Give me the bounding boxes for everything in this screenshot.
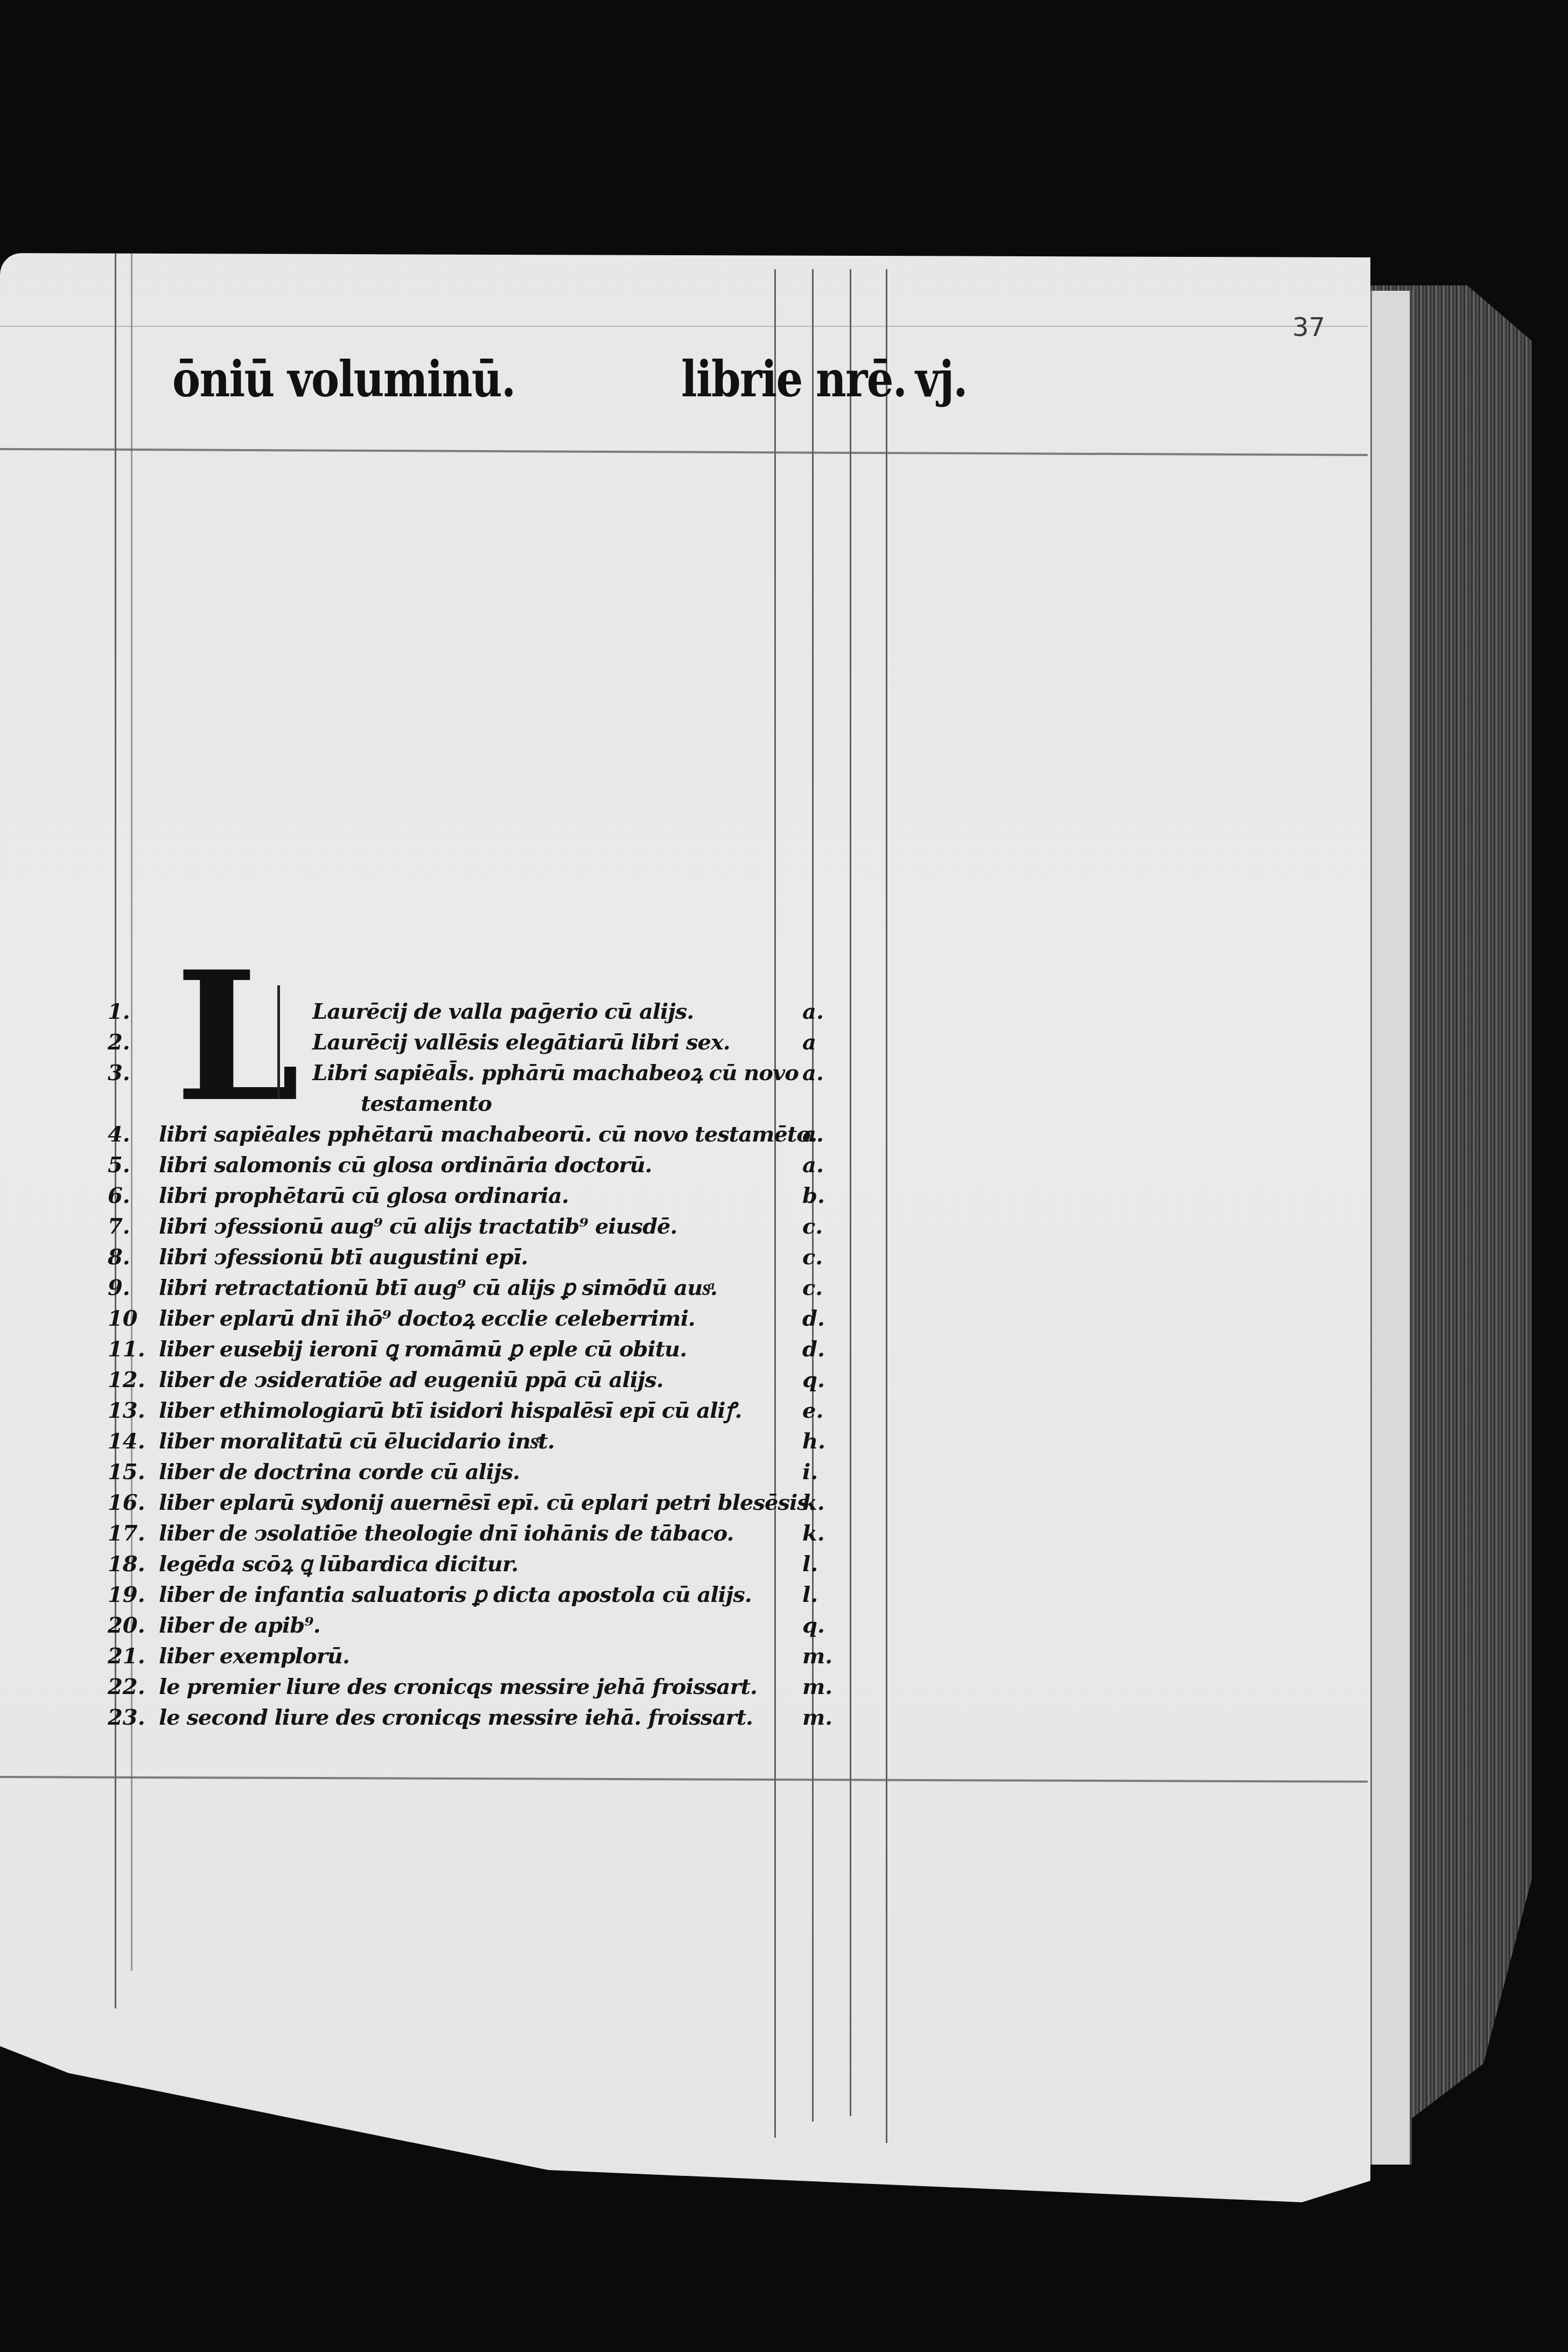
shelf-mark: k. [802,1487,835,1518]
ruling-line-column-4 [886,269,887,2143]
entry-number: 19. [108,1579,156,1610]
entry-title: Laurēcij vallēsis elegātiarū libri sex. [312,1027,730,1058]
shelf-mark: q. [802,1364,835,1395]
entry-number: 13. [108,1395,156,1426]
page-edge-leaf [1370,291,1412,2165]
entry-title: legēda scōꝝ ꝗ lūbardica dicitur. [159,1549,518,1579]
entry-title: testamento [361,1088,492,1119]
list-item: 4.libri sapiēales pphētarū machabeorū. c… [108,1119,840,1150]
list-item: 7.libri ↄfessionū aug⁹ cū alijs tractati… [108,1211,840,1242]
entry-number: 21. [108,1641,156,1671]
list-item: 22.le premier liure des cronicqs messire… [108,1671,840,1702]
shelf-mark: c. [802,1272,835,1303]
entry-number: 1. [108,996,156,1027]
shelf-mark: c. [802,1211,835,1242]
shelf-mark: d. [802,1334,835,1364]
entry-title: libri ↄfessionū aug⁹ cū alijs tractatib⁹… [159,1211,677,1242]
list-item: 10liber eplarū dnī ihō⁹ doctoꝝ ecclie ce… [108,1303,840,1334]
shelf-mark: e. [802,1395,835,1426]
list-item: 16.liber eplarū sydonij auernēsī epī. cū… [108,1487,840,1518]
entry-title: libri salomonis cū glosa ordināria docto… [159,1150,652,1180]
list-item: 3.Libri sapiēal̄s. pphārū machabeoꝝ cū n… [108,1058,840,1088]
list-item: 13.liber ethimologiarū btī isidori hispa… [108,1395,840,1426]
entry-title: le second liure des cronicqs messire ieh… [159,1702,753,1733]
list-item: 18.legēda scōꝝ ꝗ lūbardica dicitur.l. [108,1549,840,1579]
entry-number: 12. [108,1364,156,1395]
shelf-mark: a. [802,996,835,1027]
entry-title: liber ethimologiarū btī isidori hispalēs… [159,1395,741,1426]
entry-title: liber de ↄsolatiōe theologie dnī iohānis… [159,1518,733,1549]
entry-title: liber de infantia saluatoris ꝑ dicta apo… [159,1579,752,1610]
list-item: 23.le second liure des cronicqs messire … [108,1702,840,1733]
shelf-mark: a. [802,1058,835,1088]
shelf-mark: b. [802,1180,835,1211]
list-item: 20.liber de apib⁹.q. [108,1610,840,1641]
ruling-line-top [0,326,1368,327]
entry-title: liber de apib⁹. [159,1610,320,1641]
entry-number: 20. [108,1610,156,1641]
list-item: 9.libri retractationū btī aug⁹ cū alijs … [108,1272,840,1303]
entry-number: 11. [108,1334,156,1364]
entry-title: liber eplarū sydonij auernēsī epī. cū ep… [159,1487,816,1518]
shelf-mark: m. [802,1702,835,1733]
entry-number: 17. [108,1518,156,1549]
heading-right: vj. [915,350,967,408]
entry-title: le premier liure des cronicqs messire je… [159,1671,757,1702]
entry-number: 9. [108,1272,156,1303]
shelf-mark: a. [802,1150,835,1180]
shelf-mark: k. [802,1518,835,1549]
entry-number: 23. [108,1702,156,1733]
shelf-mark: a. [802,1119,835,1150]
entry-title: liber eplarū dnī ihō⁹ doctoꝝ ecclie cele… [159,1303,695,1334]
entry-number: 5. [108,1150,156,1180]
heading-left: ōniū voluminū. [172,350,515,408]
shelf-mark: a [802,1027,835,1058]
entry-number: 6. [108,1180,156,1211]
list-item-continuation: testamento [108,1088,840,1119]
entry-title: liber exemplorū. [159,1641,349,1671]
shelf-mark: l. [802,1579,835,1610]
entry-title: libri retractationū btī aug⁹ cū alijs ꝑ … [159,1272,717,1303]
entry-title: libri prophētarū cū glosa ordinaria. [159,1180,569,1211]
list-item: 15.liber de doctrina corde cū alijs.i. [108,1457,840,1487]
list-item: 11.liber eusebij ieronī ꝗ romāmū ꝑ eple … [108,1334,840,1364]
shelf-mark: i. [802,1457,835,1487]
list-item: 2.Laurēcij vallēsis elegātiarū libri sex… [108,1027,840,1058]
shelf-mark: l. [802,1549,835,1579]
entry-number: 14. [108,1426,156,1457]
heading-center: librie nrē. [681,350,906,408]
entry-title: liber de doctrina corde cū alijs. [159,1457,520,1487]
list-item: 14.liber moralitatū cū ēlucidario insͤt.… [108,1426,840,1457]
shelf-mark: q. [802,1610,835,1641]
shelf-mark: h. [802,1426,835,1457]
entry-number: 10 [108,1303,156,1334]
entry-number: 3. [108,1058,156,1088]
list-item: 19.liber de infantia saluatoris ꝑ dicta … [108,1579,840,1610]
entry-title: liber moralitatū cū ēlucidario insͤt. [159,1426,555,1457]
folio-number: 37 [1292,312,1325,342]
entry-title: liber de ↄsideratiōe ad eugeniū ppā cū a… [159,1364,663,1395]
entry-number: 15. [108,1457,156,1487]
list-item: 8.libri ↄfessionū btī augustini epī.c. [108,1242,840,1272]
entry-title: libri sapiēales pphētarū machabeorū. cū … [159,1119,817,1150]
entry-title: libri ↄfessionū btī augustini epī. [159,1242,528,1272]
entry-title: liber eusebij ieronī ꝗ romāmū ꝑ eple cū … [159,1334,687,1364]
entry-title: Libri sapiēal̄s. pphārū machabeoꝝ cū nov… [312,1058,799,1088]
entry-number: 16. [108,1487,156,1518]
list-item: 12.liber de ↄsideratiōe ad eugeniū ppā c… [108,1364,840,1395]
entry-number: 2. [108,1027,156,1058]
shelf-mark: d. [802,1303,835,1334]
entry-number: 7. [108,1211,156,1242]
ruling-line-column-3 [850,269,851,2116]
shelf-mark: m. [802,1671,835,1702]
entry-number: 22. [108,1671,156,1702]
shelf-mark: m. [802,1641,835,1671]
book-list: 1.Laurēcij de valla paḡerio cū alijs.a. … [108,996,840,1733]
list-item: 5.libri salomonis cū glosa ordināria doc… [108,1150,840,1180]
list-item: 1.Laurēcij de valla paḡerio cū alijs.a. [108,996,840,1027]
shelf-mark: c. [802,1242,835,1272]
entry-number: 8. [108,1242,156,1272]
list-item: 17.liber de ↄsolatiōe theologie dnī iohā… [108,1518,840,1549]
list-item: 21.liber exemplorū.m. [108,1641,840,1671]
entry-number: 18. [108,1549,156,1579]
entry-number: 4. [108,1119,156,1150]
list-item: 6.libri prophētarū cū glosa ordinaria.b. [108,1180,840,1211]
entry-title: Laurēcij de valla paḡerio cū alijs. [312,996,694,1027]
